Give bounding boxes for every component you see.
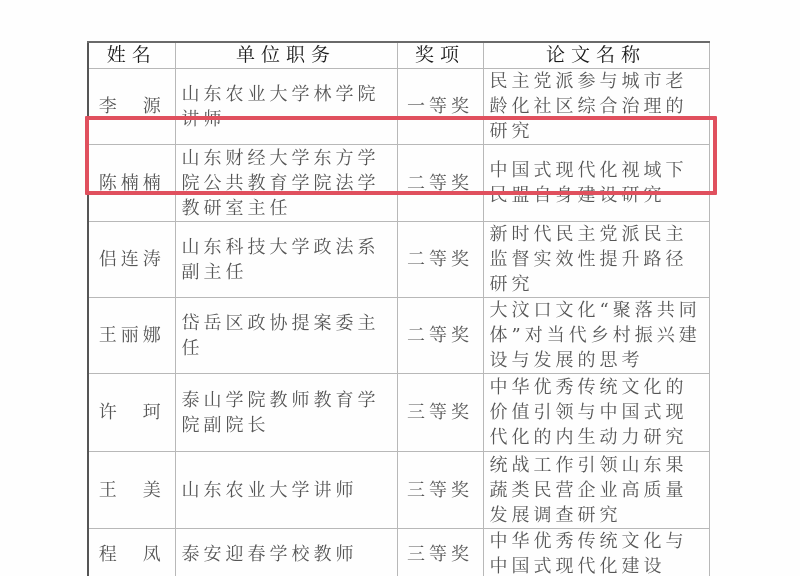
cell-title: 中华优秀传统文化的价值引领与中国式现代化的内生动力研究 — [483, 374, 709, 452]
cell-unit: 泰山学院教师教育学院副院长 — [175, 374, 397, 452]
cell-award: 三等奖 — [397, 529, 483, 576]
cell-title: 民主党派参与城市老龄化社区综合治理的研究 — [483, 69, 709, 145]
document-page: 姓名 单位职务 奖项 论文名称 李 源 山东农业大学林学院讲师 一等奖 民主党派… — [0, 0, 800, 576]
cell-unit: 山东农业大学讲师 — [175, 452, 397, 529]
header-title: 论文名称 — [483, 42, 709, 69]
awards-table: 姓名 单位职务 奖项 论文名称 李 源 山东农业大学林学院讲师 一等奖 民主党派… — [87, 41, 710, 576]
cell-unit: 山东财经大学东方学院公共教育学院法学教研室主任 — [175, 145, 397, 222]
cell-title: 大汶口文化“聚落共同体”对当代乡村振兴建设与发展的思考 — [483, 298, 709, 374]
cell-award: 三等奖 — [397, 374, 483, 452]
table-row: 许 珂 泰山学院教师教育学院副院长 三等奖 中华优秀传统文化的价值引领与中国式现… — [88, 374, 709, 452]
cell-award: 二等奖 — [397, 298, 483, 374]
cell-name: 侣连涛 — [88, 222, 175, 298]
header-name: 姓名 — [88, 42, 175, 69]
header-unit: 单位职务 — [175, 42, 397, 69]
table-row: 王丽娜 岱岳区政协提案委主任 二等奖 大汶口文化“聚落共同体”对当代乡村振兴建设… — [88, 298, 709, 374]
cell-name: 陈楠楠 — [88, 145, 175, 222]
cell-award: 三等奖 — [397, 452, 483, 529]
table-row: 程 凤 泰安迎春学校教师 三等奖 中华优秀传统文化与中国式现代化建设 — [88, 529, 709, 576]
table-row: 侣连涛 山东科技大学政法系副主任 二等奖 新时代民主党派民主监督实效性提升路径研… — [88, 222, 709, 298]
cell-award: 二等奖 — [397, 145, 483, 222]
cell-award: 二等奖 — [397, 222, 483, 298]
table-row: 李 源 山东农业大学林学院讲师 一等奖 民主党派参与城市老龄化社区综合治理的研究 — [88, 69, 709, 145]
cell-name: 李 源 — [88, 69, 175, 145]
cell-name: 王 美 — [88, 452, 175, 529]
cell-name: 王丽娜 — [88, 298, 175, 374]
table-row: 王 美 山东农业大学讲师 三等奖 统战工作引领山东果蔬类民营企业高质量发展调查研… — [88, 452, 709, 529]
table-header-row: 姓名 单位职务 奖项 论文名称 — [88, 42, 709, 69]
cell-title: 中华优秀传统文化与中国式现代化建设 — [483, 529, 709, 576]
cell-title: 新时代民主党派民主监督实效性提升路径研究 — [483, 222, 709, 298]
cell-unit: 山东科技大学政法系副主任 — [175, 222, 397, 298]
table-row-highlighted: 陈楠楠 山东财经大学东方学院公共教育学院法学教研室主任 二等奖 中国式现代化视域… — [88, 145, 709, 222]
cell-name: 许 珂 — [88, 374, 175, 452]
cell-title: 中国式现代化视域下民盟自身建设研究 — [483, 145, 709, 222]
cell-unit: 泰安迎春学校教师 — [175, 529, 397, 576]
cell-title: 统战工作引领山东果蔬类民营企业高质量发展调查研究 — [483, 452, 709, 529]
cell-award: 一等奖 — [397, 69, 483, 145]
cell-unit: 山东农业大学林学院讲师 — [175, 69, 397, 145]
header-award: 奖项 — [397, 42, 483, 69]
cell-name: 程 凤 — [88, 529, 175, 576]
cell-unit: 岱岳区政协提案委主任 — [175, 298, 397, 374]
